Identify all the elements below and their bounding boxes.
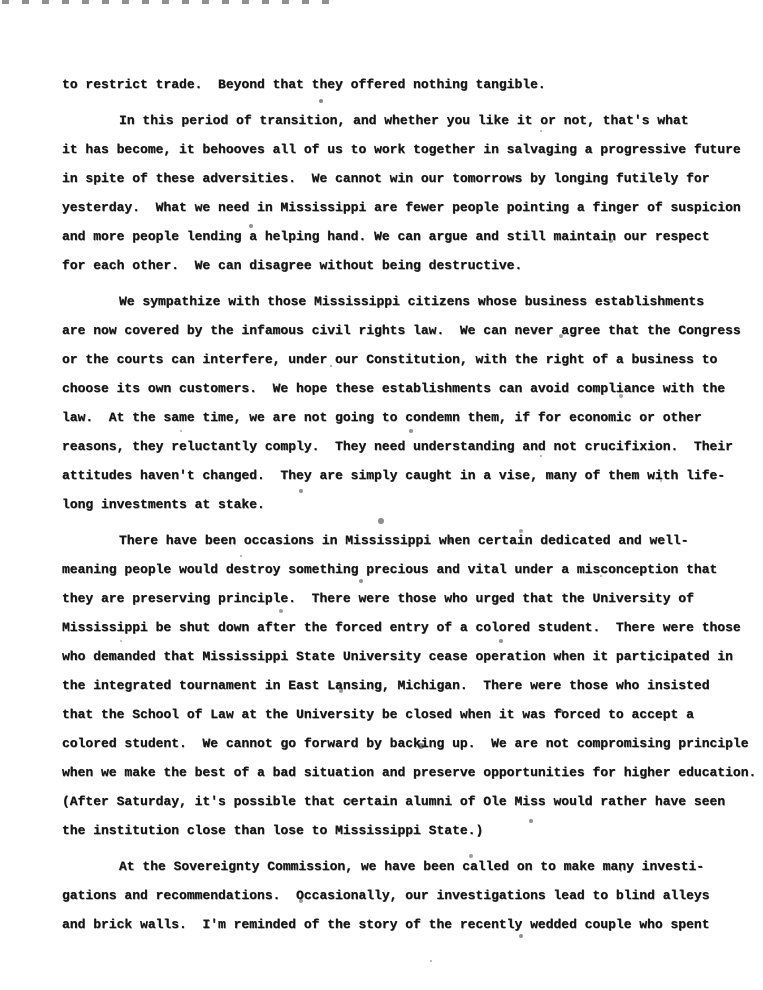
text-line: or the courts can interfere, under our C… [62, 345, 763, 374]
text-line: gations and recommendations. Occasionall… [62, 881, 763, 910]
text-line: that the School of Law at the University… [62, 700, 763, 729]
text-line: reasons, they reluctantly comply. They n… [62, 432, 763, 461]
text-line: (After Saturday, it's possible that cert… [62, 787, 763, 816]
scan-perforation-marks [2, 0, 336, 4]
text-line: for each other. We can disagree without … [62, 251, 763, 280]
text-line: At the Sovereignty Commission, we have b… [62, 852, 763, 881]
text-line: In this period of transition, and whethe… [62, 106, 763, 135]
text-line: in spite of these adversities. We cannot… [62, 164, 763, 193]
scanned-document-page: to restrict trade. Beyond that they offe… [0, 0, 763, 990]
text-line: and brick walls. I'm reminded of the sto… [62, 910, 763, 939]
paragraph: There have been occasions in Mississippi… [62, 526, 763, 845]
text-line: long investments at stake. [62, 490, 763, 519]
text-line: meaning people would destroy something p… [62, 555, 763, 584]
text-line: Mississippi be shut down after the force… [62, 613, 763, 642]
paragraph: We sympathize with those Mississippi cit… [62, 287, 763, 519]
text-line: yesterday. What we need in Mississippi a… [62, 193, 763, 222]
paragraph: to restrict trade. Beyond that they offe… [62, 70, 763, 99]
text-line: and more people lending a helping hand. … [62, 222, 763, 251]
text-line: We sympathize with those Mississippi cit… [62, 287, 763, 316]
text-line: when we make the best of a bad situation… [62, 758, 763, 787]
text-line: they are preserving principle. There wer… [62, 584, 763, 613]
text-line: the institution close than lose to Missi… [62, 816, 763, 845]
text-line: to restrict trade. Beyond that they offe… [62, 70, 763, 99]
text-line: attitudes haven't changed. They are simp… [62, 461, 763, 490]
text-line: who demanded that Mississippi State Univ… [62, 642, 763, 671]
paragraph: In this period of transition, and whethe… [62, 106, 763, 280]
text-line: law. At the same time, we are not going … [62, 403, 763, 432]
scan-noise-speckles [0, 0, 2, 2]
text-line: the integrated tournament in East Lansin… [62, 671, 763, 700]
text-line: There have been occasions in Mississippi… [62, 526, 763, 555]
paragraph: At the Sovereignty Commission, we have b… [62, 852, 763, 939]
document-text-body: to restrict trade. Beyond that they offe… [62, 70, 763, 939]
text-line: are now covered by the infamous civil ri… [62, 316, 763, 345]
text-line: colored student. We cannot go forward by… [62, 729, 763, 758]
text-line: it has become, it behooves all of us to … [62, 135, 763, 164]
text-line: choose its own customers. We hope these … [62, 374, 763, 403]
